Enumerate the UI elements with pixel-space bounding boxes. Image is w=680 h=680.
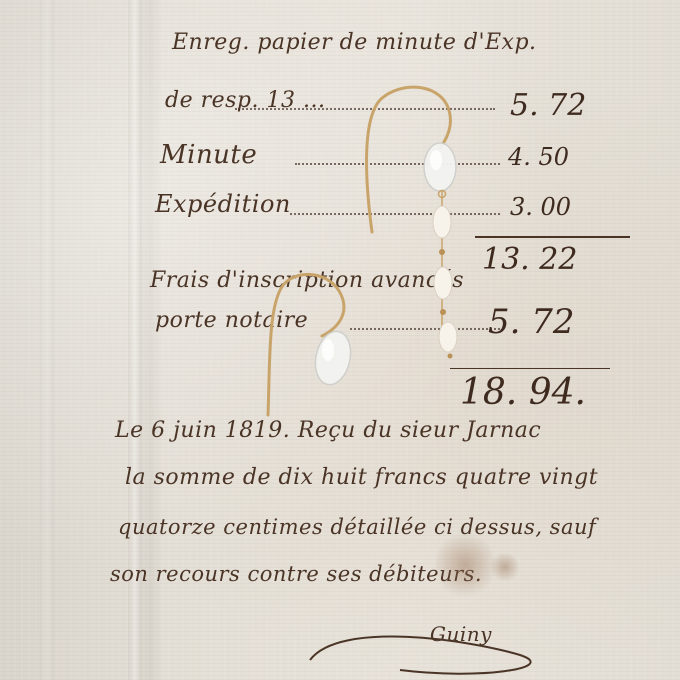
earring-pearl-drop — [367, 87, 457, 358]
signature-flourish — [310, 637, 531, 674]
earring-quartz-drop — [268, 274, 355, 415]
quartz-bead-icon — [311, 328, 355, 388]
pearl-icon — [433, 206, 451, 238]
earrings-illustration — [0, 0, 680, 680]
product-photo: Enreg. papier de minute d'Exp. de resp. … — [0, 0, 680, 680]
pearl-icon — [439, 322, 457, 352]
pearl-icon — [434, 267, 452, 299]
